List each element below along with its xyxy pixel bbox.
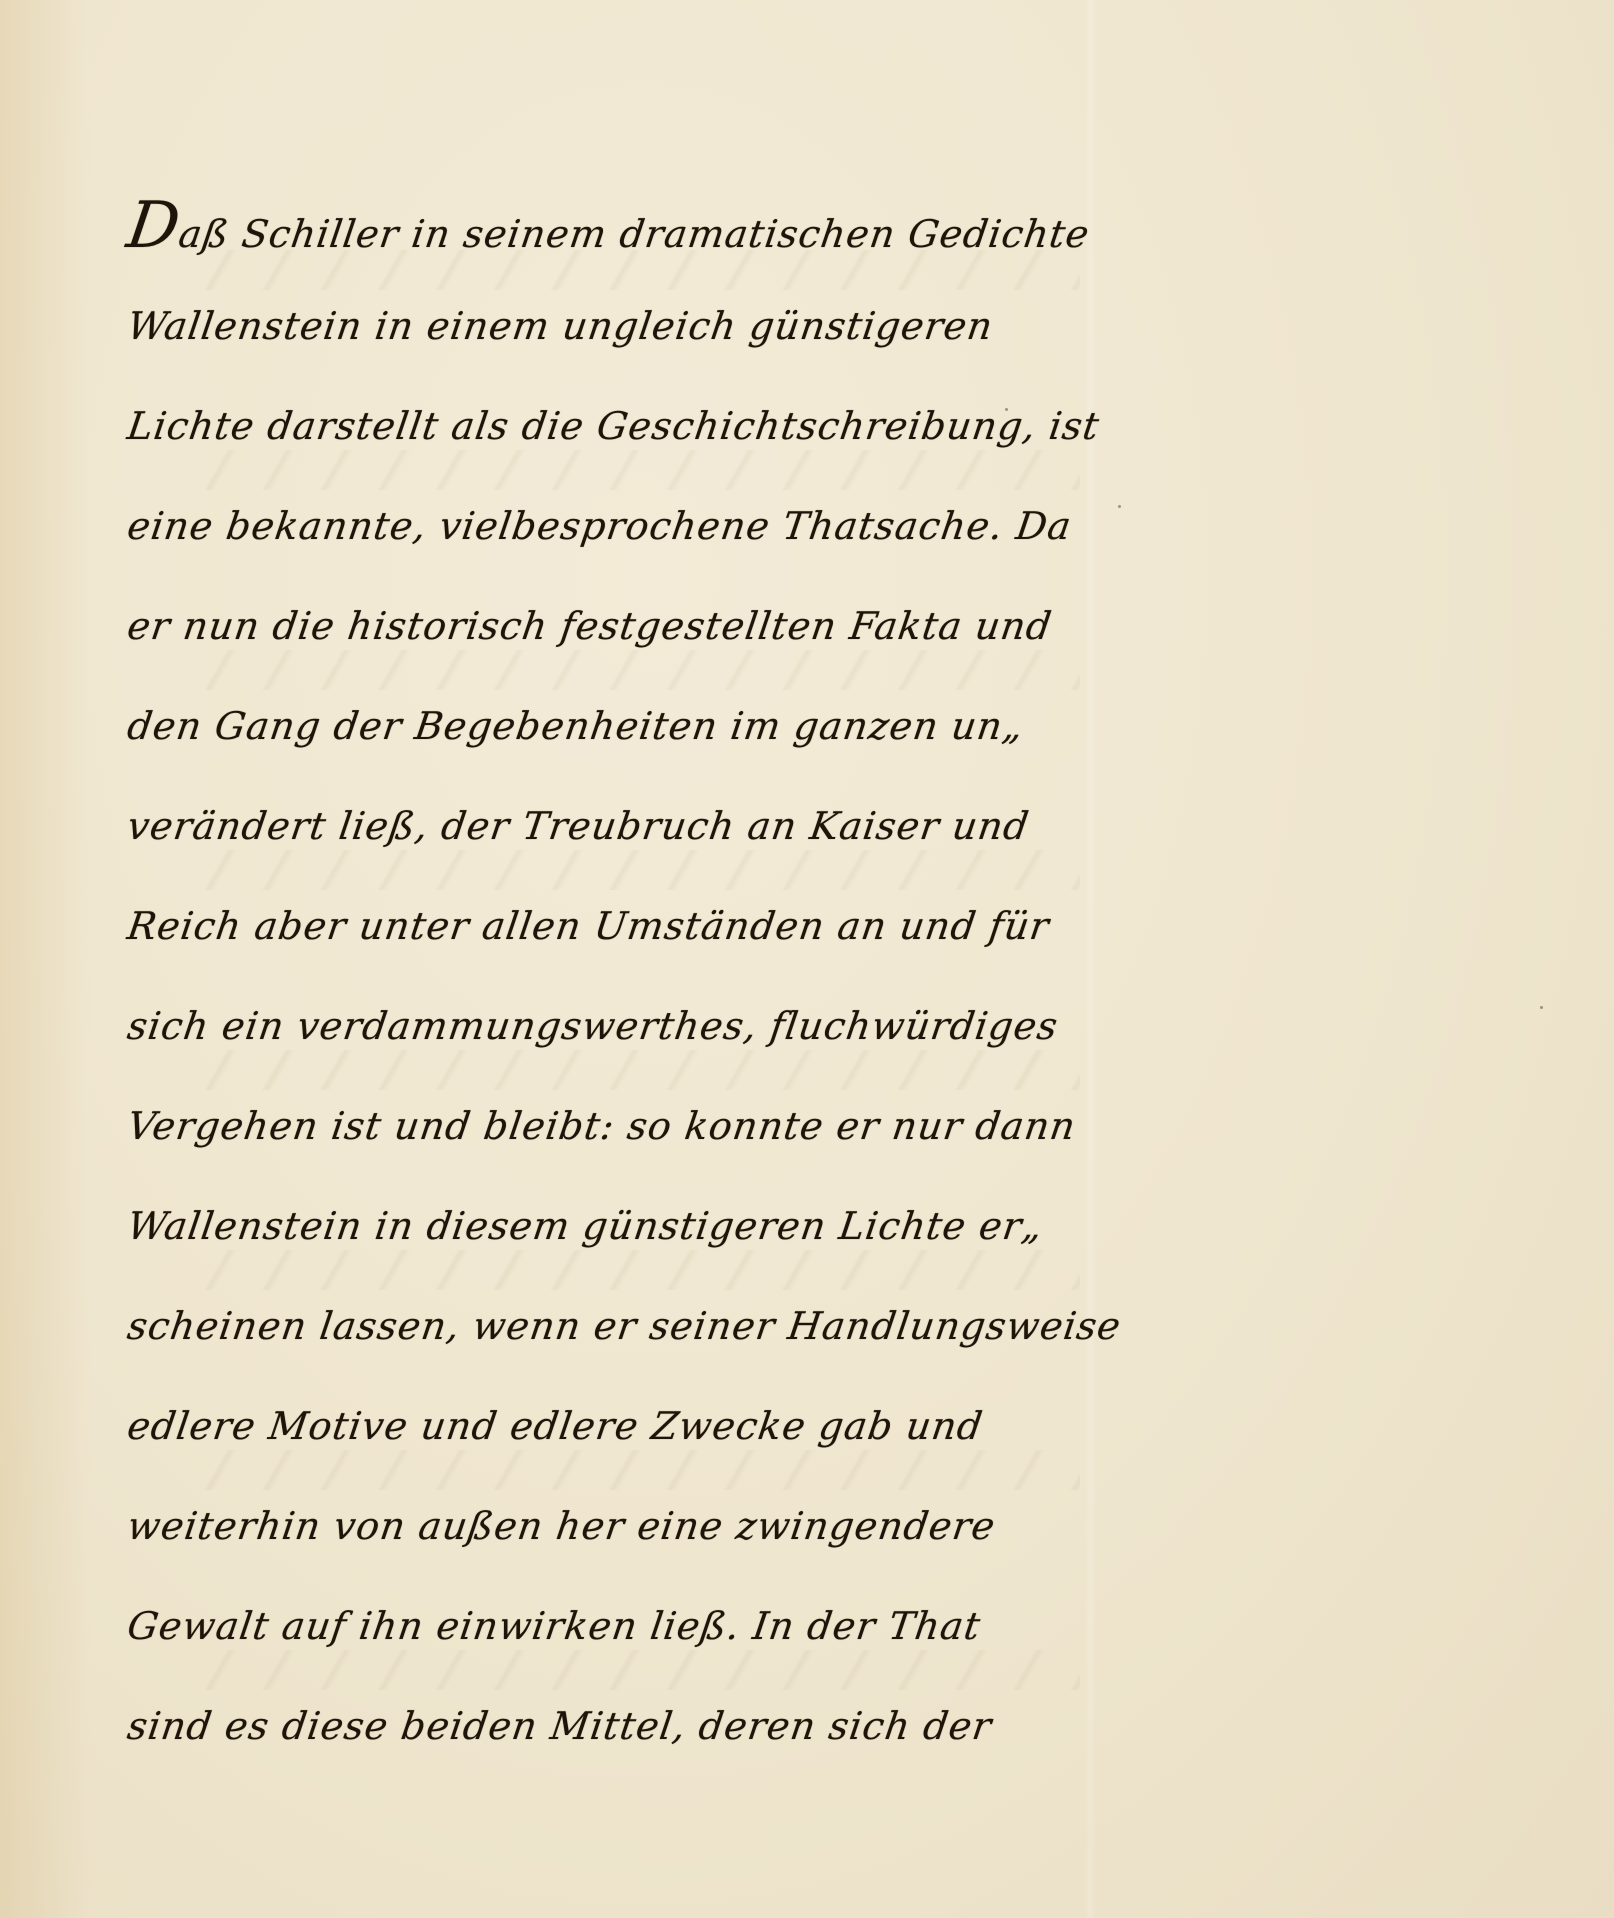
manuscript-line: edlere Motive und edlere Zwecke gab und bbox=[118, 1396, 1132, 1496]
manuscript-line: Gewalt auf ihn einwirken ließ. In der Th… bbox=[118, 1596, 1132, 1696]
manuscript-page: Daß Schiller in seinem dramatischen Gedi… bbox=[0, 0, 1614, 1918]
manuscript-line: verändert ließ, der Treubruch an Kaiser … bbox=[118, 796, 1132, 896]
manuscript-line: scheinen lassen, wenn er seiner Handlung… bbox=[118, 1296, 1132, 1396]
handwritten-text-block: Daß Schiller in seinem dramatischen Gedi… bbox=[118, 196, 1118, 1796]
manuscript-line: eine bekannte, vielbesprochene Thatsache… bbox=[118, 496, 1132, 596]
manuscript-line: Wallenstein in einem ungleich günstigere… bbox=[118, 296, 1132, 396]
manuscript-line: Wallenstein in diesem günstigeren Lichte… bbox=[118, 1196, 1132, 1296]
manuscript-line: Reich aber unter allen Umständen an und … bbox=[118, 896, 1132, 996]
manuscript-line: Vergehen ist und bleibt: so konnte er nu… bbox=[118, 1096, 1132, 1196]
manuscript-line: er nun die historisch festgestellten Fak… bbox=[118, 596, 1132, 696]
manuscript-line: den Gang der Begebenheiten im ganzen un„ bbox=[118, 696, 1132, 796]
manuscript-line: Daß Schiller in seinem dramatischen Gedi… bbox=[118, 196, 1132, 296]
manuscript-line: weiterhin von außen her eine zwingendere bbox=[118, 1496, 1132, 1596]
paper-speck bbox=[1540, 1006, 1543, 1009]
manuscript-line: sind es diese beiden Mittel, deren sich … bbox=[118, 1696, 1132, 1796]
manuscript-line: Lichte darstellt als die Geschichtschrei… bbox=[118, 396, 1132, 496]
manuscript-line: sich ein verdammungswerthes, fluchwürdig… bbox=[118, 996, 1132, 1096]
